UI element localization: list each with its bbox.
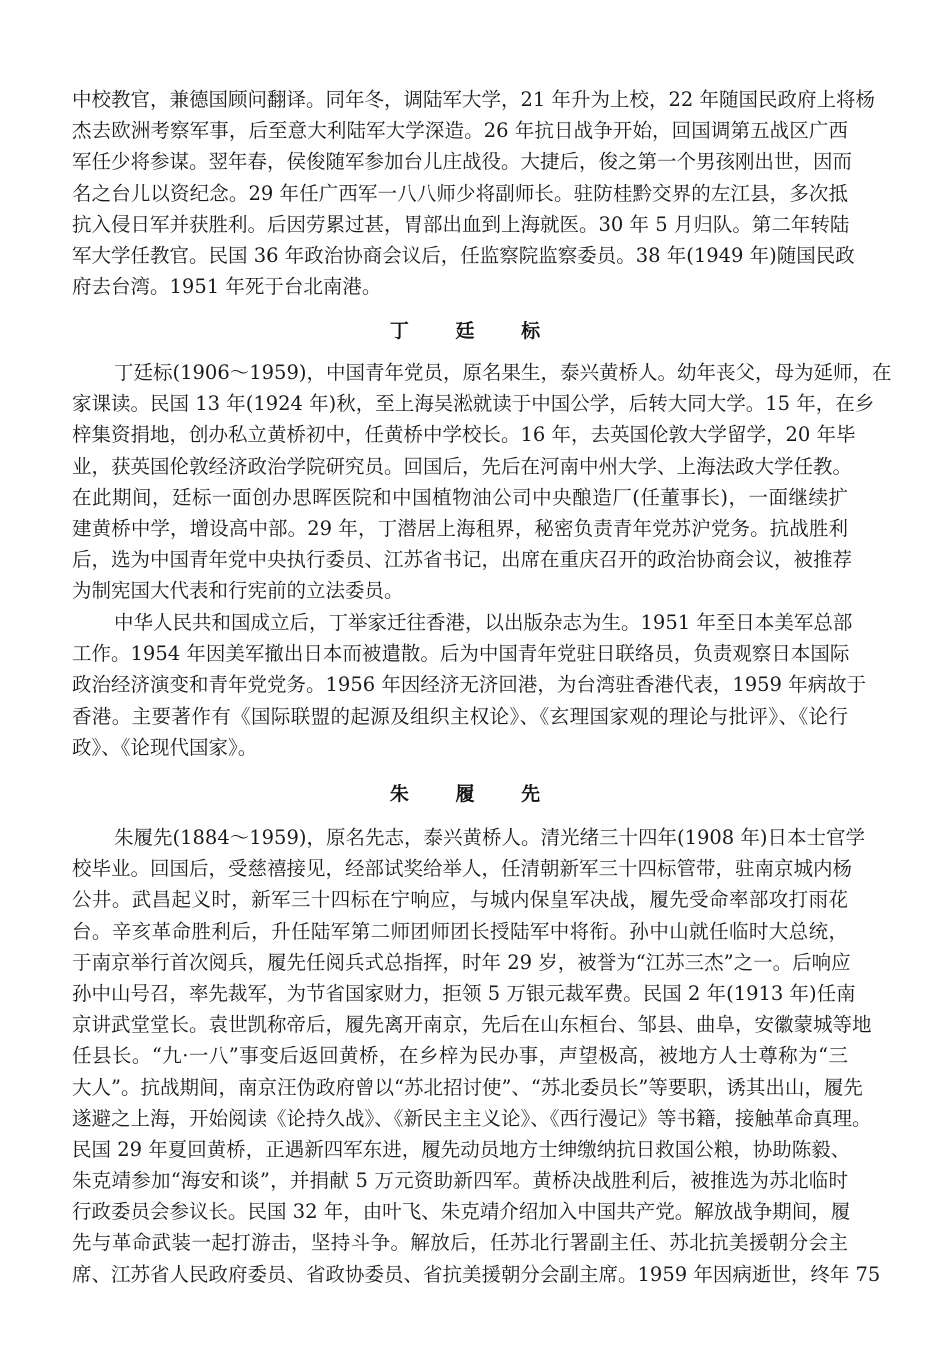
text-line: 京讲武堂堂长。袁世凯称帝后，履先离开南京，先后在山东桓台、邹县、曲阜，安徽蒙城等…: [72, 1009, 848, 1040]
text-line: 名之台儿以资纪念。29 年任广西军一八八师少将副师长。驻防桂黔交界的左江县，多次…: [72, 178, 848, 209]
text-line: 建黄桥中学，增设高中部。29 年，丁潜居上海租界，秘密负责青年党苏沪党务。抗战胜…: [72, 513, 848, 544]
text-line: 孙中山号召，率先裁军，为节省国家财力，拒领 5 万银元裁军费。民国 2 年(19…: [72, 978, 848, 1009]
text-line: 遂避之上海，开始阅读《论持久战》、《新民主主义论》、《西行漫记》等书籍，接触革命…: [72, 1103, 848, 1134]
text-line: 政治经济演变和青年党党务。1956 年因经济无济回港，为台湾驻香港代表，1959…: [72, 669, 848, 700]
text-line: 军任少将参谋。翌年春，侯俊随军参加台儿庄战役。大捷后，俊之第一个男孩刚出世，因而: [72, 146, 848, 177]
text-line: 工作。1954 年因美军撤出日本而被遣散。后为中国青年党驻日联络员，负责观察日本…: [72, 638, 848, 669]
text-line: 家课读。民国 13 年(1924 年)秋，至上海吴淞就读于中国公学，后转大同大学…: [72, 388, 848, 419]
text-line: 丁廷标(1906～1959)，中国青年党员，原名果生，泰兴黄桥人。幼年丧父，母为…: [72, 357, 848, 388]
text-line: 后，选为中国青年党中央执行委员、江苏省书记，出席在重庆召开的政治协商会议，被推荐: [72, 544, 848, 575]
text-line: 府去台湾。1951 年死于台北南港。: [72, 271, 848, 302]
heading-text: 丁 廷 标: [390, 320, 560, 342]
section-heading-zhu-lvxian: 朱 履 先: [0, 779, 930, 806]
text-line: 梓集资捐地，创办私立黄桥初中，任黄桥中学校长。16 年，去英国伦敦大学留学，20…: [72, 419, 848, 450]
text-line: 行政委员会参议长。民国 32 年，由叶飞、朱克靖介绍加入中国共产党。解放战争期间…: [72, 1196, 848, 1227]
section-heading-ding-tingbiao: 丁 廷 标: [0, 316, 930, 343]
document-page: 中校教官，兼德国顾问翻译。同年冬，调陆军大学，21 年升为上校，22 年随国民政…: [0, 0, 930, 1345]
paragraph: 中华人民共和国成立后，丁举家迁往香港，以出版杂志为生。1951 年至日本美军总部…: [72, 607, 848, 763]
text-line: 香港。主要著作有《国际联盟的起源及组织主权论》、《玄理国家观的理论与批评》、《论…: [72, 701, 848, 732]
text-line: 为制宪国大代表和行宪前的立法委员。: [72, 575, 848, 606]
text-line: 于南京举行首次阅兵，履先任阅兵式总指挥，时年 29 岁，被誉为“江苏三杰”之一。…: [72, 947, 848, 978]
text-line: 中校教官，兼德国顾问翻译。同年冬，调陆军大学，21 年升为上校，22 年随国民政…: [72, 84, 848, 115]
text-line: 公井。武昌起义时，新军三十四标在宁响应，与城内保皇军决战，履先受命率部攻打雨花: [72, 884, 848, 915]
text-line: 中华人民共和国成立后，丁举家迁往香港，以出版杂志为生。1951 年至日本美军总部: [72, 607, 848, 638]
text-line: 席、江苏省人民政府委员、省政协委员、省抗美援朝分会副主席。1959 年因病逝世，…: [72, 1259, 848, 1290]
text-line: 杰去欧洲考察军事，后至意大利陆军大学深造。26 年抗日战争开始，回国调第五战区广…: [72, 115, 848, 146]
text-line: 大人”。抗战期间，南京汪伪政府曾以“苏北招讨使”、“苏北委员长”等要职，诱其出山…: [72, 1072, 848, 1103]
text-line: 抗入侵日军并获胜利。后因劳累过甚，胃部出血到上海就医。30 年 5 月归队。第二…: [72, 209, 848, 240]
text-line: 在此期间，廷标一面创办思晖医院和中国植物油公司中央酿造厂(任董事长)，一面继续扩: [72, 482, 848, 513]
text-line: 朱克靖参加“海安和谈”，并捐献 5 万元资助新四军。黄桥决战胜利后，被推选为苏北…: [72, 1165, 848, 1196]
text-line: 政》、《论现代国家》。: [72, 732, 848, 763]
text-line: 朱履先(1884～1959)，原名先志，泰兴黄桥人。清光绪三十四年(1908 年…: [72, 822, 848, 853]
paragraph: 朱履先(1884～1959)，原名先志，泰兴黄桥人。清光绪三十四年(1908 年…: [72, 822, 848, 1290]
text-line: 先与革命武装一起打游击，坚持斗争。解放后，任苏北行署副主任、苏北抗美援朝分会主: [72, 1227, 848, 1258]
text-line: 民国 29 年夏回黄桥，正遇新四军东进，履先动员地方士绅缴纳抗日救国公粮，协助陈…: [72, 1134, 848, 1165]
text-line: 台。辛亥革命胜利后，升任陆军第二师团师团长授陆军中将衔。孙中山就任临时大总统，: [72, 916, 848, 947]
text-line: 业，获英国伦敦经济政治学院研究员。回国后，先后在河南中州大学、上海法政大学任教。: [72, 451, 848, 482]
continued-paragraph: 中校教官，兼德国顾问翻译。同年冬，调陆军大学，21 年升为上校，22 年随国民政…: [72, 84, 848, 302]
text-line: 军大学任教官。民国 36 年政治协商会议后，任监察院监察委员。38 年(1949…: [72, 240, 848, 271]
text-line: 任县长。“九·一八”事变后返回黄桥，在乡梓为民办事，声望极高，被地方人士尊称为“…: [72, 1040, 848, 1071]
heading-text: 朱 履 先: [390, 783, 560, 805]
paragraph: 丁廷标(1906～1959)，中国青年党员，原名果生，泰兴黄桥人。幼年丧父，母为…: [72, 357, 848, 607]
text-line: 校毕业。回国后，受慈禧接见，经部试奖给举人，任清朝新军三十四标管带，驻南京城内杨: [72, 853, 848, 884]
